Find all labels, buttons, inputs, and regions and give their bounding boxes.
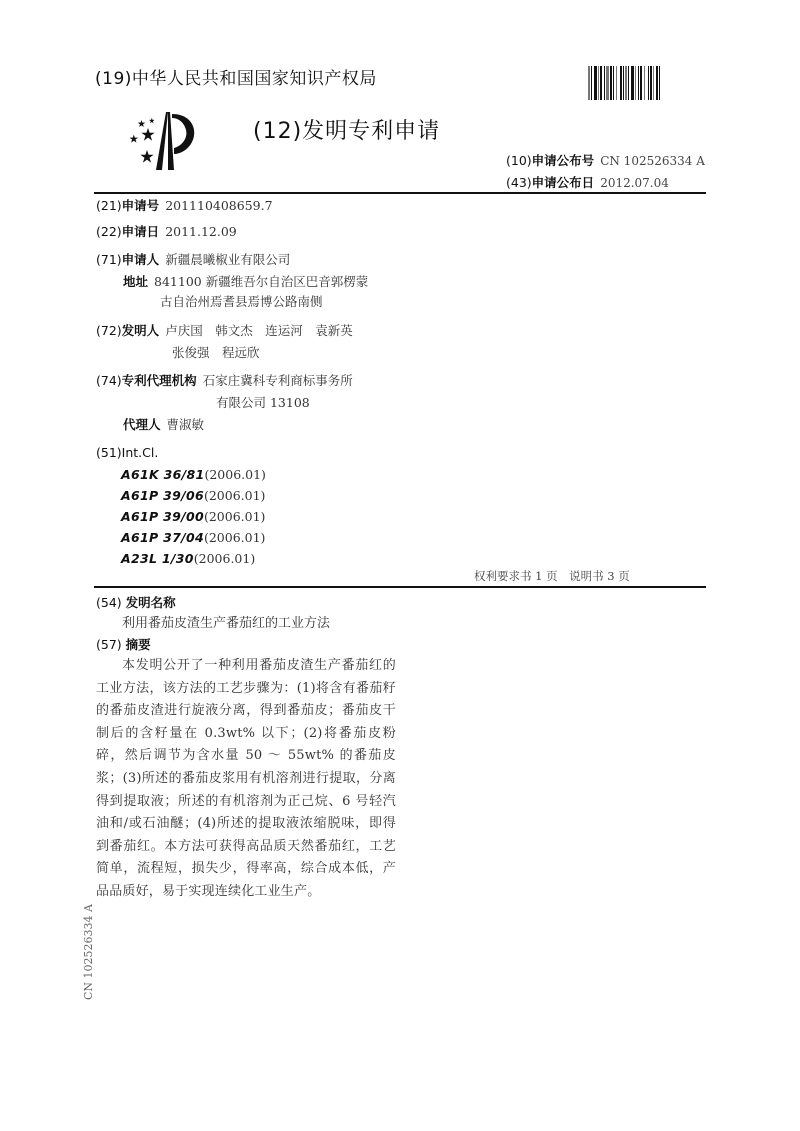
filing-date: (22)申请日2011.12.09 [96,221,237,243]
cnipa-logo-icon [128,108,198,172]
applicant: (71)申请人新疆晨曦椒业有限公司 [96,249,290,271]
class-version: (2006.01) [204,467,265,482]
abstract-body: 本发明公开了一种利用番茄皮渣生产番茄红的工业方法，该方法的工艺步骤为：(1)将含… [96,655,396,904]
field-code: (51) [96,445,122,460]
int-cl-item: A61P 39/00(2006.01) [121,506,266,527]
field-label: 申请日 [122,224,160,239]
patent-agent: 代理人曹淑敏 [123,414,204,436]
field-value: 2011.12.09 [165,224,237,239]
int-cl-item: A61P 39/06(2006.01) [121,485,266,506]
title-heading: (54) 发明名称 [96,592,176,614]
patent-agency-line-2: 有限公司 13108 [216,392,310,414]
address-line-2: 古自治州焉耆县焉博公路南侧 [160,291,323,313]
field-code: (71) [96,252,122,267]
field-code: (43) [506,175,532,190]
int-cl-item: A23L 1/30(2006.01) [121,548,266,569]
class-version: (2006.01) [194,551,255,566]
side-publication-number: CN 102526334 A [82,870,98,1000]
publication-date: (43)申请公布日2012.07.04 [506,173,669,191]
class-version: (2006.01) [204,488,265,503]
field-value: 曹淑敏 [167,417,205,432]
field-value: 201110408659.7 [165,198,272,213]
field-value: 841100 新疆维吾尔自治区巴音郭楞蒙 [154,274,368,289]
int-cl-item: A61P 37/04(2006.01) [121,527,266,548]
class-version: (2006.01) [204,509,265,524]
field-value: 古自治州焉耆县焉博公路南侧 [160,294,323,309]
barcode-icon [588,66,708,100]
field-value: 有限公司 13108 [216,395,310,410]
field-value: 卢庆国 韩文杰 连运河 袁新英 [165,323,353,338]
class-code: A61P 37/04 [121,530,204,545]
patent-agency: (74)专利代理机构石家庄冀科专利商标事务所 [96,370,353,392]
field-label: 申请号 [122,198,160,213]
field-code: (10) [506,153,532,168]
inventors-line-2: 张俊强 程远欣 [172,342,260,364]
int-cl-heading: (51)Int.Cl. [96,442,158,464]
class-code: A23L 1/30 [121,551,194,566]
field-value: CN 102526334 A [600,154,705,168]
field-label: 摘要 [126,637,151,652]
class-code: A61K 36/81 [121,467,204,482]
inventors: (72)发明人卢庆国 韩文杰 连运河 袁新英 [96,320,353,342]
field-label: 申请公布号 [532,153,595,168]
int-cl-list: A61K 36/81(2006.01) A61P 39/06(2006.01) … [121,464,266,569]
section-divider [94,586,706,588]
publication-number: (10)申请公布号CN 102526334 A [506,151,705,169]
class-code: A61P 39/00 [121,509,204,524]
field-value: 新疆晨曦椒业有限公司 [165,252,290,267]
field-code: (72) [96,323,122,338]
int-cl-item: A61K 36/81(2006.01) [121,464,266,485]
document-type: (12)发明专利申请 [253,114,440,145]
field-value: 利用番茄皮渣生产番茄红的工业方法 [122,616,330,631]
field-label: 申请人 [122,252,160,267]
class-code: A61P 39/06 [121,488,204,503]
field-label: 发明名称 [126,595,176,610]
field-value: 石家庄冀科专利商标事务所 [203,373,353,388]
field-label: Int.Cl. [122,445,159,460]
field-code: (57) [96,637,122,652]
address: 地址841100 新疆维吾尔自治区巴音郭楞蒙 [123,271,368,293]
field-value: 张俊强 程远欣 [172,345,260,360]
field-value: 2012.07.04 [600,176,669,190]
field-code: (22) [96,224,122,239]
field-label: 代理人 [123,417,161,432]
issuing-office: (19)中华人民共和国国家知识产权局 [95,64,377,89]
application-number: (21)申请号201110408659.7 [96,195,273,217]
header-divider [94,192,706,194]
field-code: (21) [96,198,122,213]
field-label: 地址 [123,274,148,289]
invention-title: 利用番茄皮渣生产番茄红的工业方法 [122,612,330,635]
field-label: 专利代理机构 [122,373,197,388]
abstract-heading: (57) 摘要 [96,634,151,656]
field-code: (74) [96,373,122,388]
class-version: (2006.01) [204,530,265,545]
field-code: (54) [96,595,122,610]
field-label: 发明人 [122,323,160,338]
page-counts: 权利要求书 1 页 说明书 3 页 [474,568,630,584]
field-label: 申请公布日 [532,175,595,190]
